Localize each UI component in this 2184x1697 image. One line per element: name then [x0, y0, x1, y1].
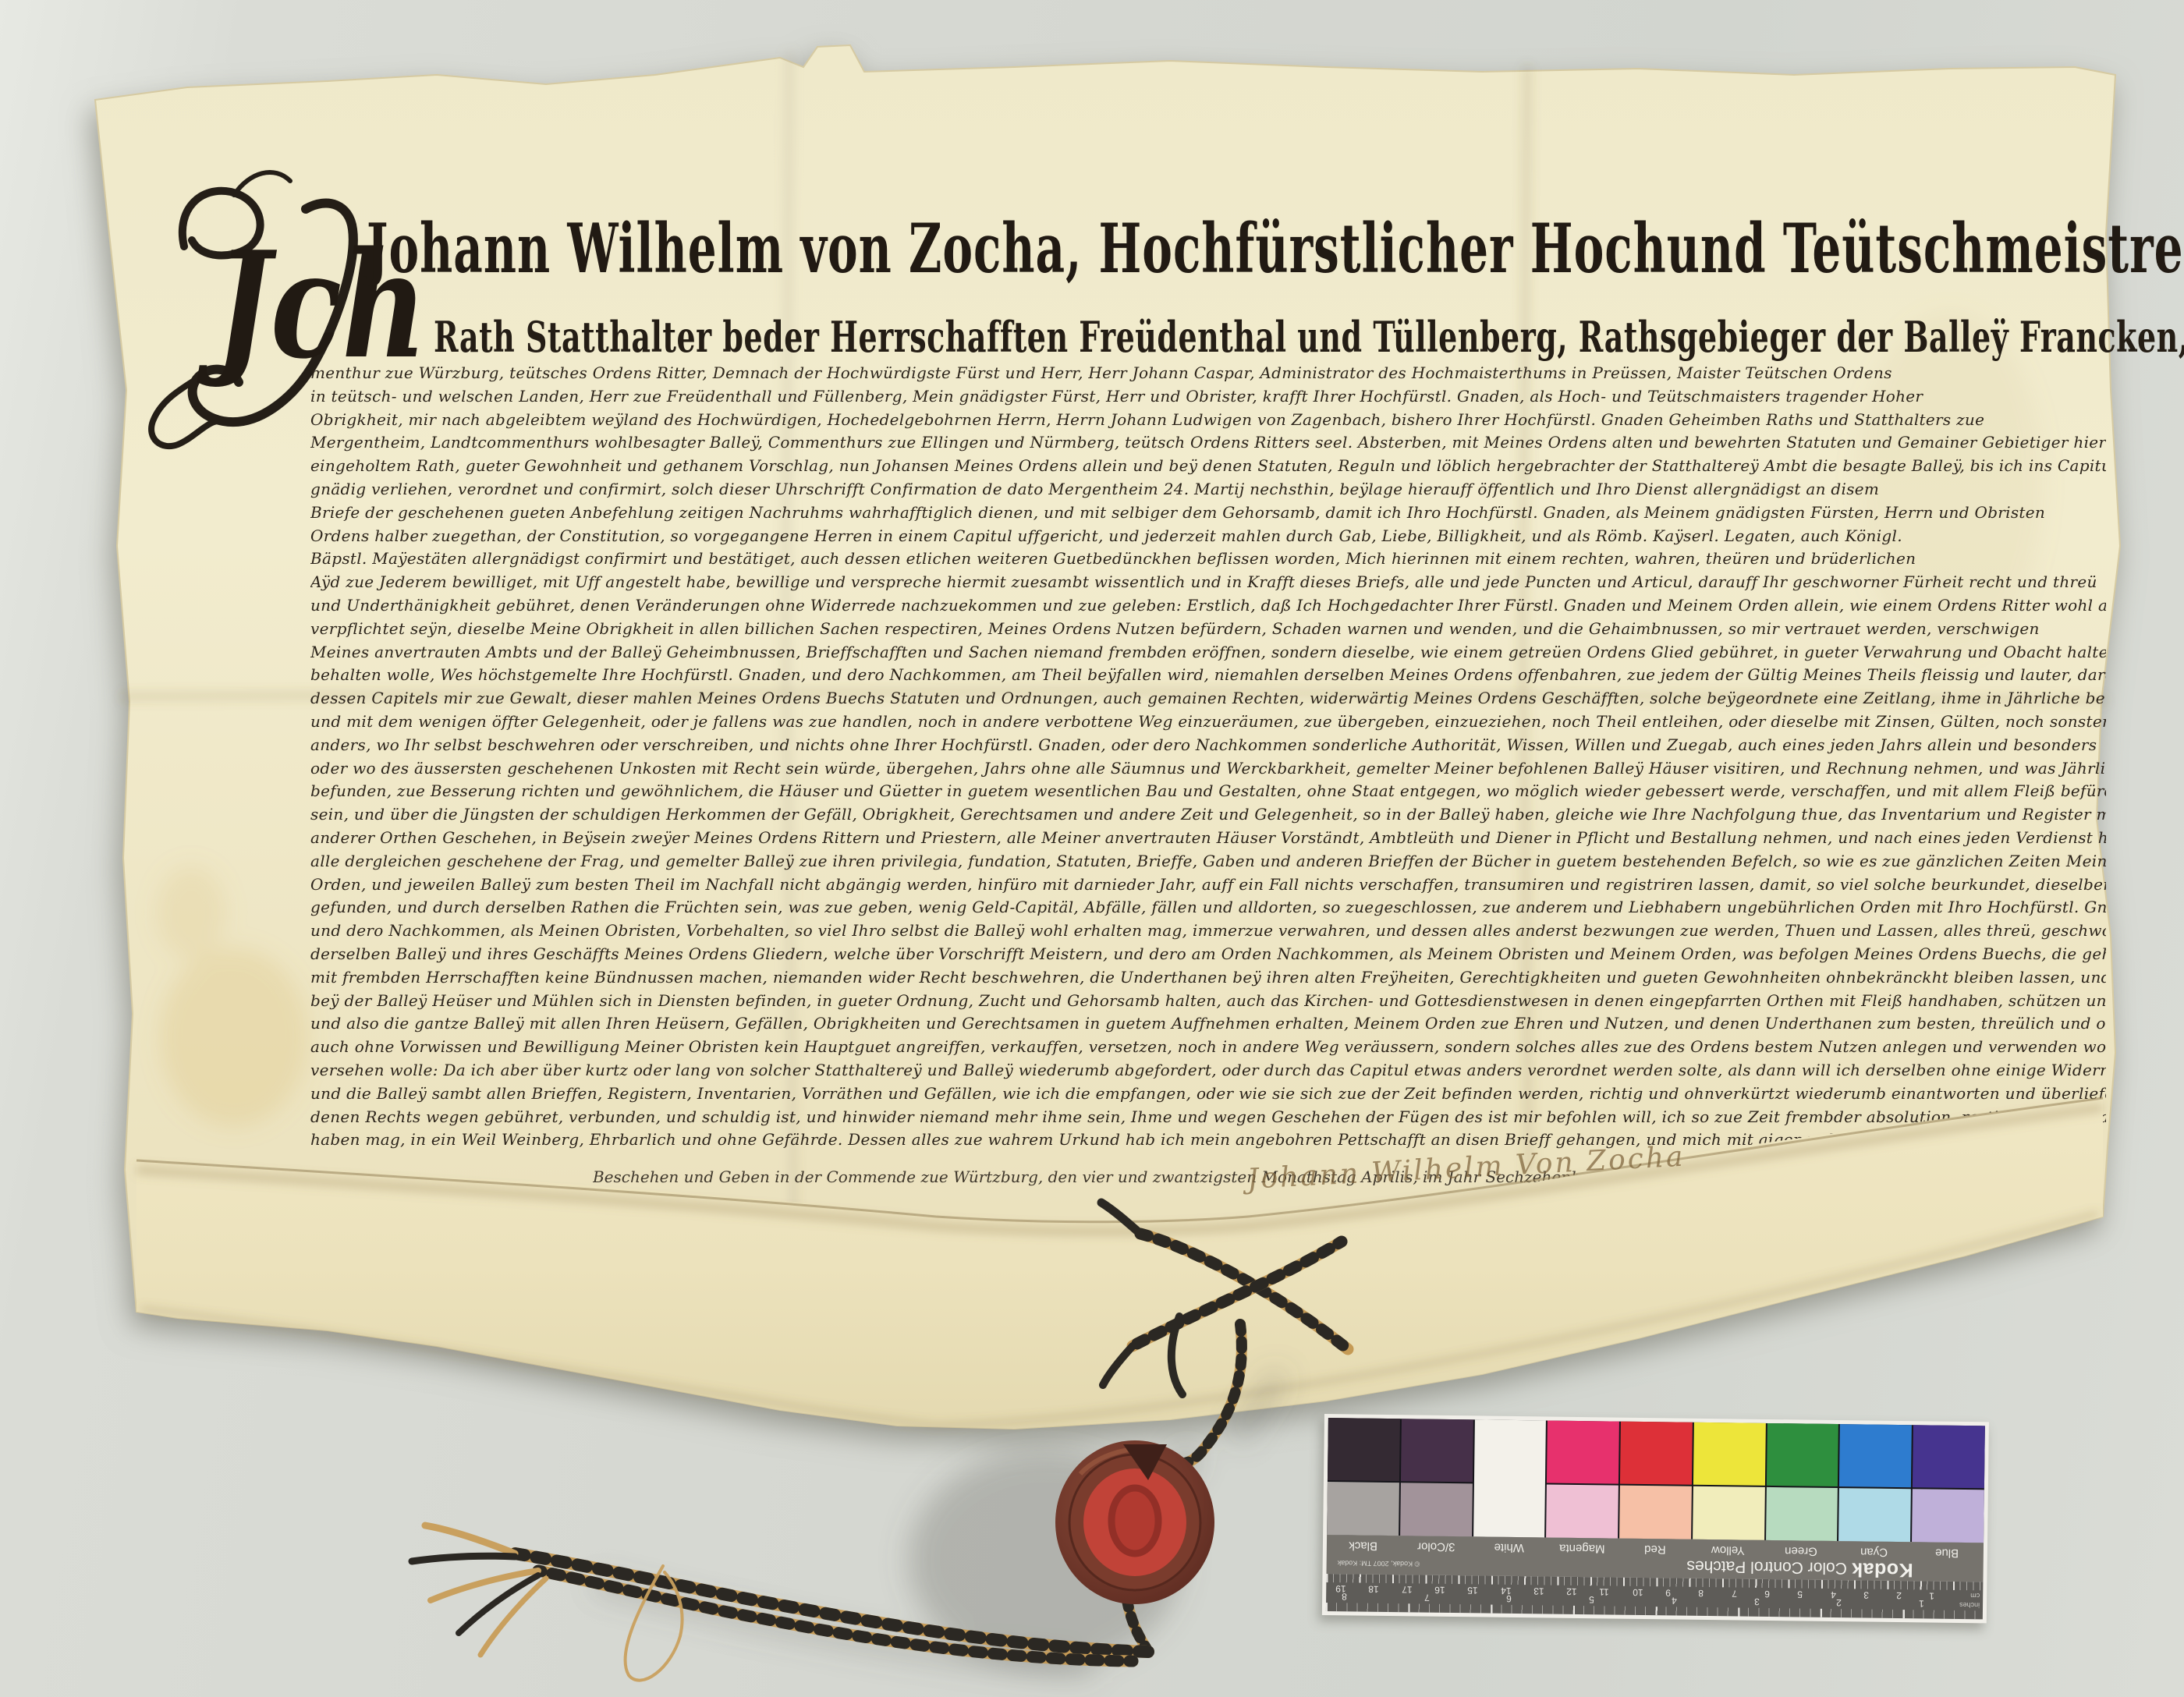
photo-stage: { "photo": { "backdrop_color": "#d5d7d1"… [0, 0, 2184, 1697]
color-patches [1327, 1418, 1985, 1543]
cord-knot-icon [1101, 1203, 1348, 1394]
color-patch-yellow [1693, 1422, 1766, 1540]
cm-unit-label: cm [1970, 1592, 1980, 1600]
ruler-cm-number: 11 [1600, 1586, 1610, 1597]
ruler-inch-number: 7 [1424, 1592, 1430, 1603]
ruler-inch-number: 4 [1672, 1595, 1677, 1606]
ruler-cm-number: 7 [1732, 1588, 1737, 1599]
ruler-cm-number: 16 [1434, 1585, 1445, 1596]
ruler-cm-number: 3 [1863, 1589, 1869, 1600]
color-patch-magenta [1546, 1420, 1619, 1538]
color-patch-white [1473, 1419, 1547, 1537]
ruler-inch-number: 5 [1589, 1594, 1594, 1605]
ruler-cm-number: 8 [1698, 1588, 1704, 1599]
card-copyright: © Kodak, 2007 TM: Kodak [1338, 1559, 1420, 1568]
ruler-cm-number: 13 [1533, 1585, 1544, 1596]
ruler-cm-number: 9 [1665, 1587, 1671, 1598]
kodak-logo: Kodak [1852, 1559, 1913, 1582]
ruler-inch-number: 2 [1836, 1597, 1842, 1608]
ruler-cm-number: 1 [1930, 1590, 1935, 1601]
ruler-inch-number: 8 [1342, 1591, 1347, 1602]
ruler-inch-number: 3 [1754, 1596, 1760, 1607]
ruler-cm-number: 4 [1831, 1589, 1836, 1600]
color-patch-3color [1400, 1419, 1473, 1536]
color-patch-cyan [1839, 1424, 1913, 1542]
ruler-inch-number: 1 [1919, 1598, 1924, 1609]
color-patch-green [1766, 1423, 1839, 1541]
ruler-cm-number: 18 [1368, 1584, 1379, 1595]
ruler-inch-number: 6 [1506, 1593, 1512, 1604]
card-title: Kodak Color Control Patches [1686, 1556, 1913, 1582]
color-patch-blue [1912, 1425, 1985, 1543]
cord-tassel [412, 1525, 682, 1681]
kodak-color-card: BlueCyanGreenYellowRedMagentaWhite3/Colo… [1322, 1414, 1989, 1623]
card-ruler: 1918171615141312111098765432187654321cmi… [1326, 1574, 1984, 1619]
ruler-cm-number: 5 [1797, 1589, 1803, 1600]
ruler-cm-number: 17 [1402, 1584, 1413, 1595]
ruler-cm-number: 10 [1633, 1587, 1643, 1598]
ruler-cm-number: 6 [1764, 1589, 1770, 1600]
seal-cord [1153, 1324, 1242, 1464]
color-patch-black [1327, 1418, 1400, 1536]
ruler-cm-number: 2 [1896, 1590, 1902, 1601]
inch-unit-label: inches [1959, 1601, 1980, 1609]
ruler-cm-number: 15 [1467, 1585, 1478, 1596]
wax-seal [1055, 1440, 1214, 1604]
ruler-cm-number: 12 [1566, 1586, 1577, 1597]
color-patch-red [1619, 1422, 1693, 1539]
